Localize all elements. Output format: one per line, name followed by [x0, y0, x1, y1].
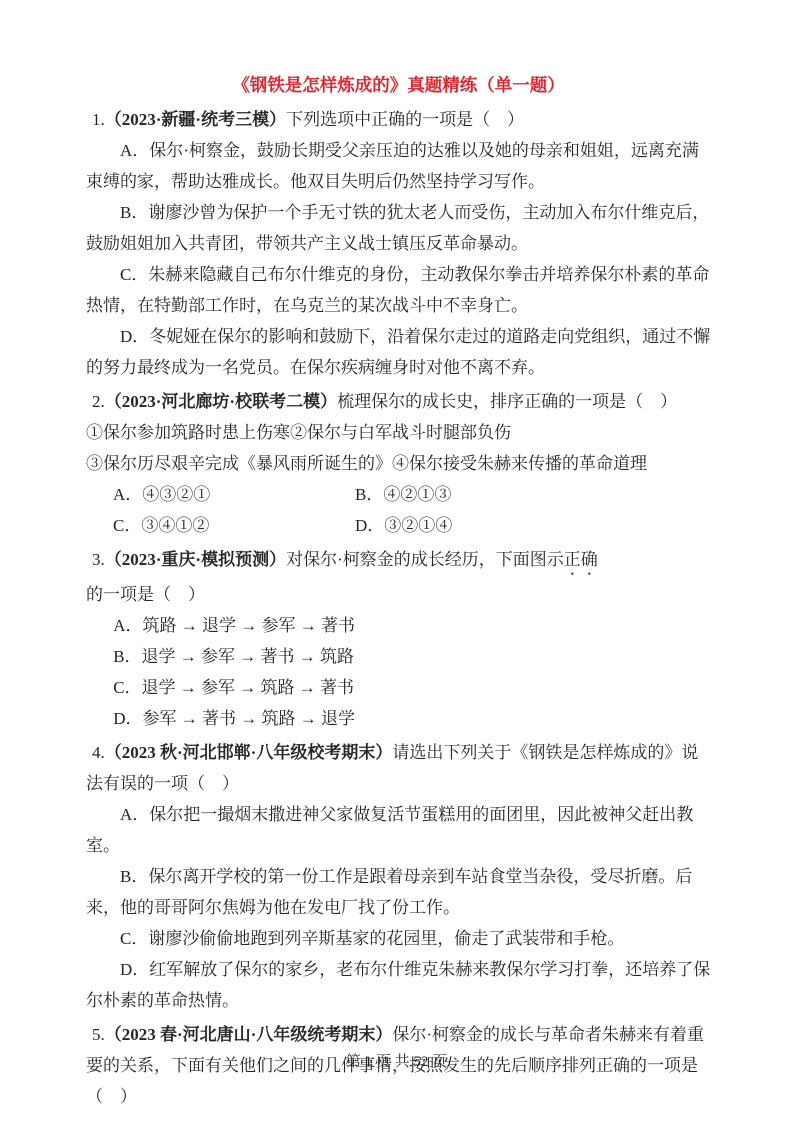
option-D: D．冬妮娅在保尔的影响和鼓励下，沿着保尔走过的道路走向党组织，通过不懈的努力最终…	[86, 321, 711, 383]
option-C: C．退学 → 参军 → 筑路 → 著书	[86, 672, 711, 703]
option-A: A．筑路 → 退学 → 参军 → 著书	[86, 610, 711, 641]
question-number: 1.	[92, 110, 105, 129]
option-C: C．③④①②	[113, 510, 355, 541]
option-A: A．保尔把一撮烟末撒进神父家做复活节蛋糕用的面团里，因此被神父赶出教室。	[86, 799, 711, 861]
questions-container: 1.（2023·新疆·统考三模）下列选项中正确的一项是（ ）A．保尔·柯察金，鼓…	[86, 104, 711, 1112]
question-stem: 梳理保尔的成长史，排序正确的一项是（ ）	[337, 392, 677, 411]
document-title: 《钢铁是怎样炼成的》真题精练（单一题）	[86, 70, 711, 101]
question-block: 3.（2023·重庆·模拟预测）对保尔·柯察金的成长经历，下面图示正确的一项是（…	[86, 544, 711, 734]
question-heading: 4.（2023 秋·河北邯郸·八年级校考期末）请选出下列关于《钢铁是怎样炼成的》…	[86, 737, 711, 799]
question-item-line: ③保尔历尽艰辛完成《暴风雨所诞生的》④保尔接受朱赫来传播的革命道理	[86, 448, 711, 479]
question-block: 2.（2023·河北廊坊·校联考二模）梳理保尔的成长史，排序正确的一项是（ ）①…	[86, 386, 711, 541]
question-source: （2023·新疆·统考三模）	[105, 110, 286, 129]
question-heading: 1.（2023·新疆·统考三模）下列选项中正确的一项是（ ）	[86, 104, 711, 135]
page-footer: 第 1 页 共 52 页	[0, 1048, 793, 1076]
document-content: 《钢铁是怎样炼成的》真题精练（单一题） 1.（2023·新疆·统考三模）下列选项…	[86, 70, 711, 1112]
document-page: 《钢铁是怎样炼成的》真题精练（单一题） 1.（2023·新疆·统考三模）下列选项…	[0, 0, 793, 1122]
option-B: B．保尔离开学校的第一份工作是跟着母亲到车站食堂当杂役，受尽折磨。后来，他的哥哥…	[86, 861, 711, 923]
option-D: D．红军解放了保尔的家乡，老布尔什维克朱赫来教保尔学习打拳，还培养了保尔朴素的革…	[86, 954, 711, 1016]
question-stem: 的一项是（ ）	[86, 585, 205, 604]
question-number: 2.	[92, 392, 105, 411]
question-number: 4.	[92, 743, 105, 762]
question-block: 4.（2023 秋·河北邯郸·八年级校考期末）请选出下列关于《钢铁是怎样炼成的》…	[86, 737, 711, 1016]
question-source: （2023·河北廊坊·校联考二模）	[105, 392, 337, 411]
option-A: A．④③②①	[113, 479, 355, 510]
question-source: （2023·重庆·模拟预测）	[105, 550, 286, 569]
option-C: C．谢廖沙偷偷地跑到列辛斯基家的花园里，偷走了武装带和手枪。	[86, 923, 711, 954]
option-B: B．谢廖沙曾为保护一个手无寸铁的犹太老人而受伤，主动加入布尔什维克后，鼓励姐姐加…	[86, 197, 711, 259]
question-block: 1.（2023·新疆·统考三模）下列选项中正确的一项是（ ）A．保尔·柯察金，鼓…	[86, 104, 711, 383]
options-grid: A．④③②①B．④②①③C．③④①②D．③②①④	[86, 479, 711, 541]
option-B: B．退学 → 参军 → 著书 → 筑路	[86, 641, 711, 672]
question-number: 3.	[92, 550, 105, 569]
option-A: A．保尔·柯察金，鼓励长期受父亲压迫的达雅以及她的母亲和姐姐，远离充满束缚的家，…	[86, 135, 711, 197]
question-heading: 3.（2023·重庆·模拟预测）对保尔·柯察金的成长经历，下面图示正确的一项是（…	[86, 544, 711, 610]
question-stem: 下列选项中正确的一项是（ ）	[286, 110, 524, 129]
question-source: （2023 春·河北唐山·八年级统考期末）	[105, 1025, 393, 1044]
option-D: D．参军 → 著书 → 筑路 → 退学	[86, 703, 711, 734]
question-item-line: ①保尔参加筑路时患上伤寒②保尔与白军战斗时腿部负伤	[86, 417, 711, 448]
question-stem: 对保尔·柯察金的成长经历，下面图示	[286, 550, 564, 569]
question-stem: 正确	[564, 550, 598, 569]
question-source: （2023 秋·河北邯郸·八年级校考期末）	[105, 743, 393, 762]
option-B: B．④②①③	[355, 479, 711, 510]
question-number: 5.	[92, 1025, 105, 1044]
option-C: C．朱赫来隐藏自己布尔什维克的身份，主动教保尔拳击并培养保尔朴素的革命热情，在特…	[86, 259, 711, 321]
question-heading: 2.（2023·河北廊坊·校联考二模）梳理保尔的成长史，排序正确的一项是（ ）	[86, 386, 711, 417]
option-D: D．③②①④	[355, 510, 711, 541]
